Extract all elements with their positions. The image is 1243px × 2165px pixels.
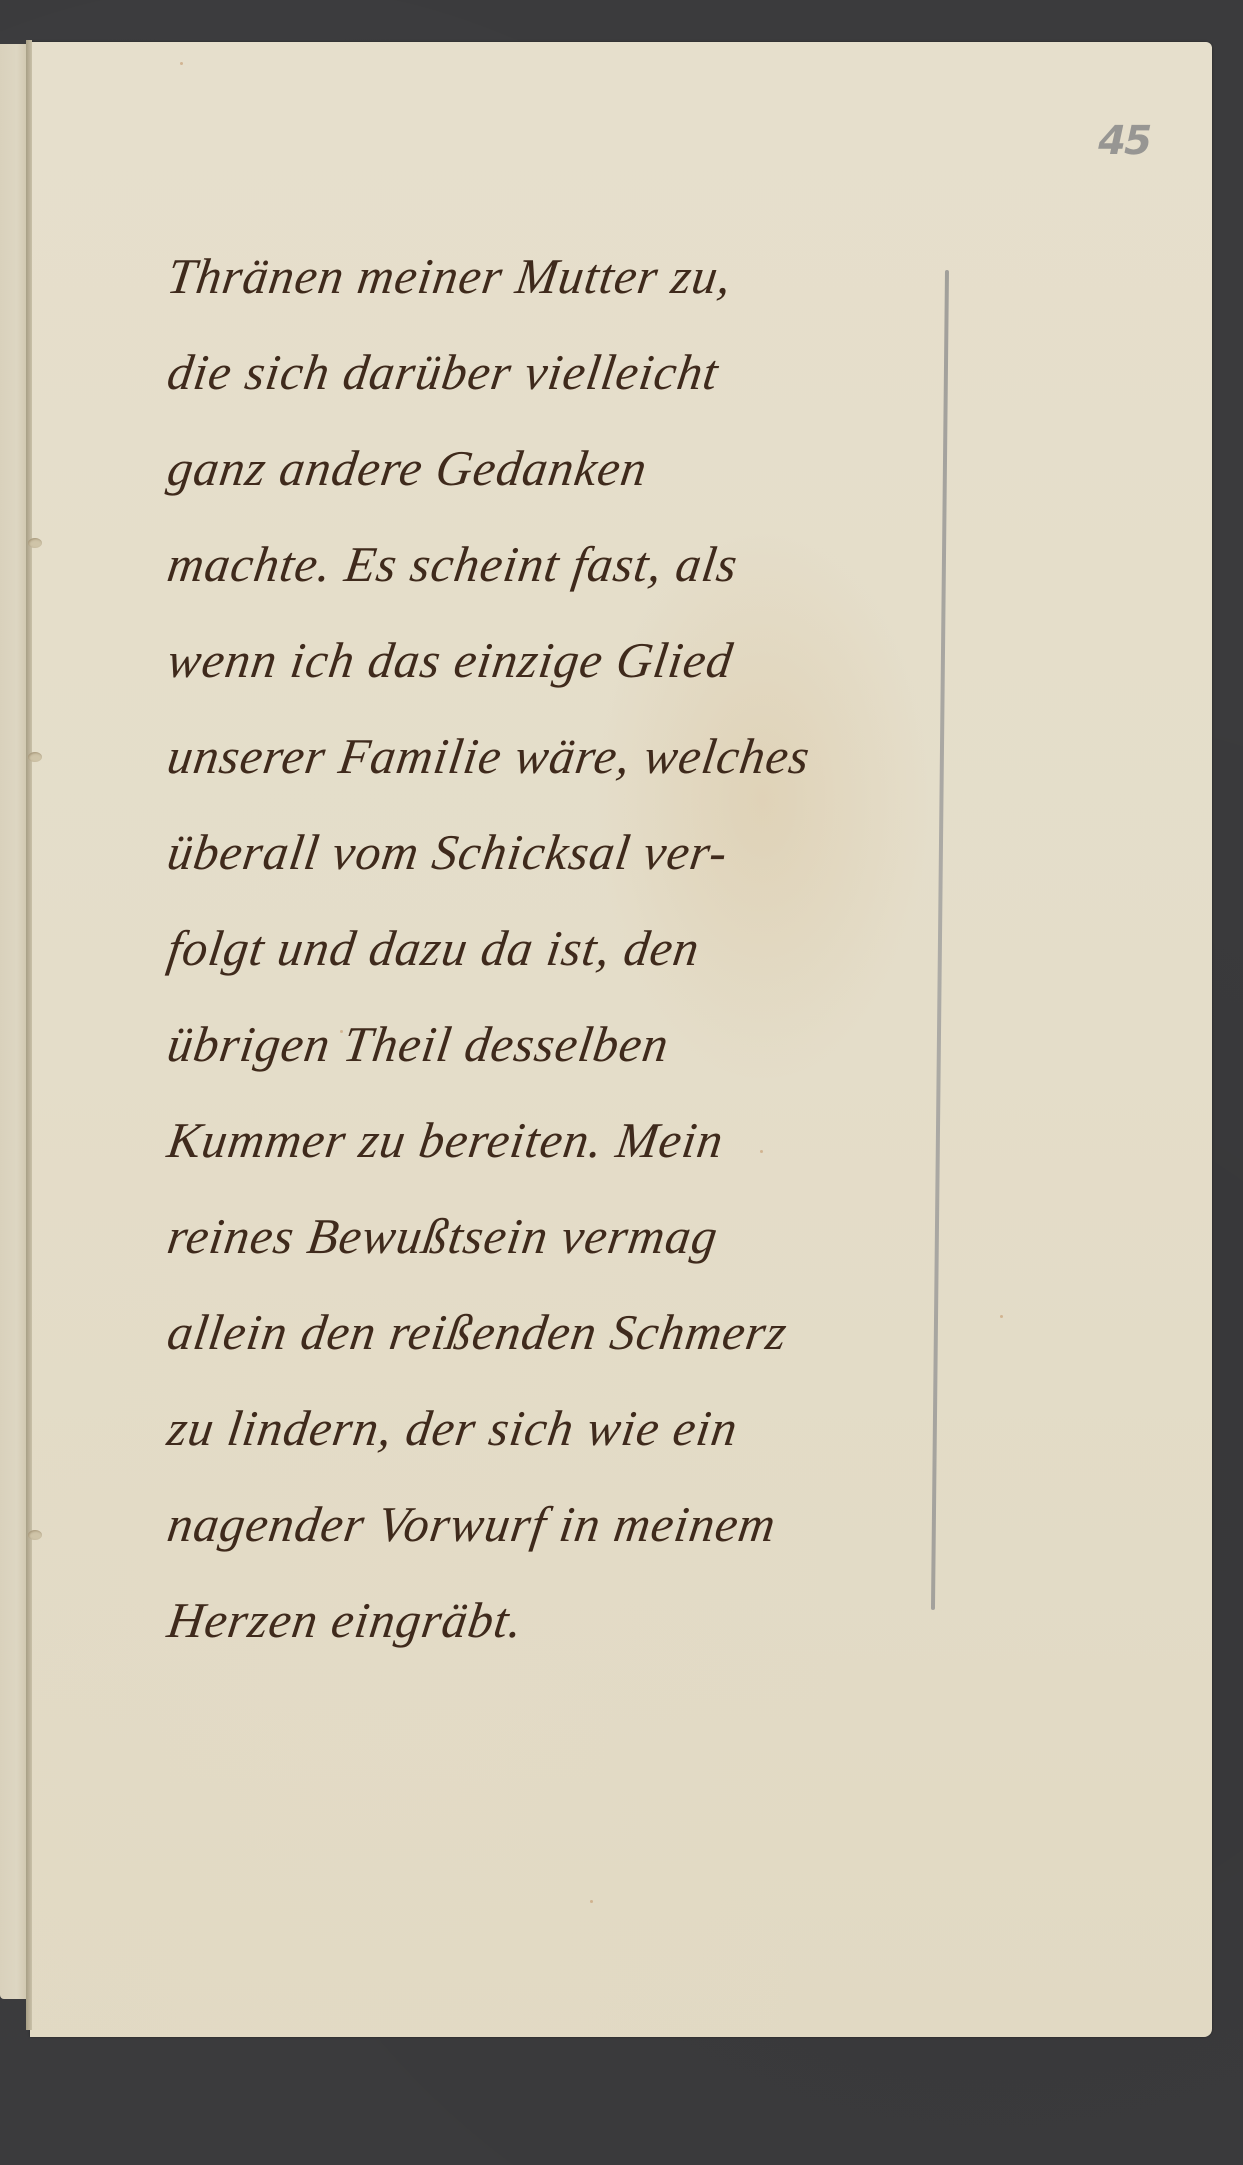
handwritten-line: die sich darüber vielleicht	[161, 324, 934, 420]
handwritten-line: nagender Vorwurf in meinem	[161, 1476, 934, 1572]
handwritten-line: überall vom Schicksal ver-	[161, 804, 934, 900]
handwritten-line: allein den reißenden Schmerz	[161, 1284, 934, 1380]
book-spine-fold	[26, 40, 32, 2030]
handwritten-line: Herzen eingräbt.	[161, 1572, 934, 1668]
handwritten-line: machte. Es scheint fast, als	[161, 516, 934, 612]
handwritten-line: reines Bewußtsein vermag	[161, 1188, 934, 1284]
handwritten-line: unserer Familie wäre, welches	[161, 708, 934, 804]
previous-page-edge	[0, 44, 28, 1999]
page-number: 45	[1093, 118, 1154, 164]
handwritten-line: ganz andere Gedanken	[161, 420, 934, 516]
handwritten-line: übrigen Theil desselben	[161, 996, 934, 1092]
handwritten-line: folgt und dazu da ist, den	[161, 900, 934, 996]
binding-hole	[28, 538, 42, 548]
handwritten-line: Kummer zu bereiten. Mein	[161, 1092, 934, 1188]
handwritten-line: Thränen meiner Mutter zu,	[161, 228, 934, 324]
handwritten-line: zu lindern, der sich wie ein	[161, 1380, 934, 1476]
handwritten-text-block: Thränen meiner Mutter zu, die sich darüb…	[168, 228, 928, 1668]
handwritten-line: wenn ich das einzige Glied	[161, 612, 934, 708]
binding-hole	[28, 752, 42, 762]
binding-hole	[28, 1530, 42, 1540]
